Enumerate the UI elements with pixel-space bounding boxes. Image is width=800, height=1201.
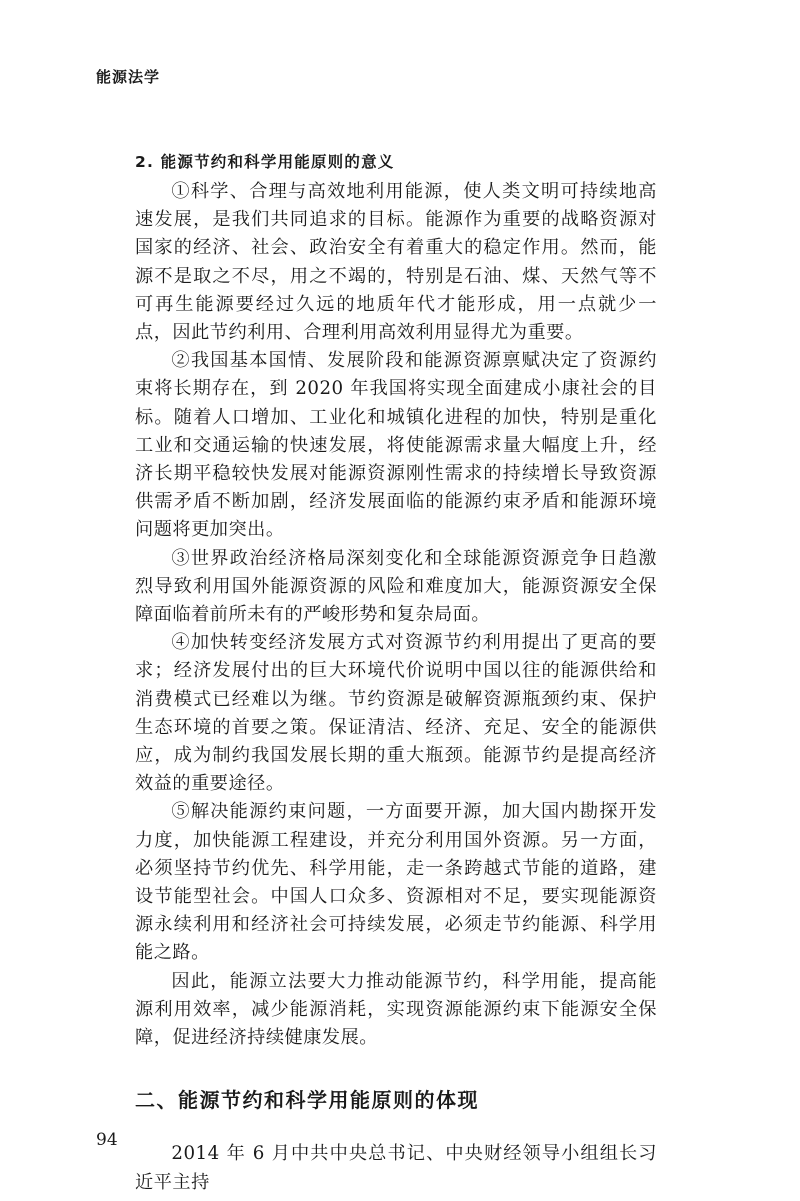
- paragraph-conclusion: 因此，能源立法要大力推动能源节约，科学用能，提高能源利用效率，减少能源消耗，实现…: [135, 968, 657, 1053]
- paragraph-significance-2: ②我国基本国情、发展阶段和能源资源禀赋决定了资源约束将长期存在，到 2020 年…: [135, 347, 657, 544]
- running-header-title: 能源法学: [96, 66, 160, 87]
- paragraph-significance-4: ④加快转变经济发展方式对资源节约利用提出了更高的要求；经济发展付出的巨大环境代价…: [135, 629, 657, 798]
- paragraph-section-intro: 2014 年 6 月中共中央总书记、中央财经领导小组组长习近平主持: [135, 1140, 657, 1196]
- paragraph-significance-5: ⑤解决能源约束问题，一方面要开源，加大国内勘探开发力度，加快能源工程建设，并充分…: [135, 798, 657, 967]
- subsection-heading: 2. 能源节约和科学用能原则的意义: [135, 148, 657, 176]
- page-body: 2. 能源节约和科学用能原则的意义 ①科学、合理与高效地利用能源，使人类文明可持…: [135, 148, 657, 1197]
- paragraph-significance-1: ①科学、合理与高效地利用能源，使人类文明可持续地高速发展，是我们共同追求的目标。…: [135, 178, 657, 347]
- section-heading: 二、能源节约和科学用能原则的体现: [135, 1086, 657, 1114]
- paragraph-significance-3: ③世界政治经济格局深刻变化和全球能源资源竞争日趋激烈导致利用国外能源资源的风险和…: [135, 545, 657, 630]
- page-number: 94: [96, 1130, 118, 1150]
